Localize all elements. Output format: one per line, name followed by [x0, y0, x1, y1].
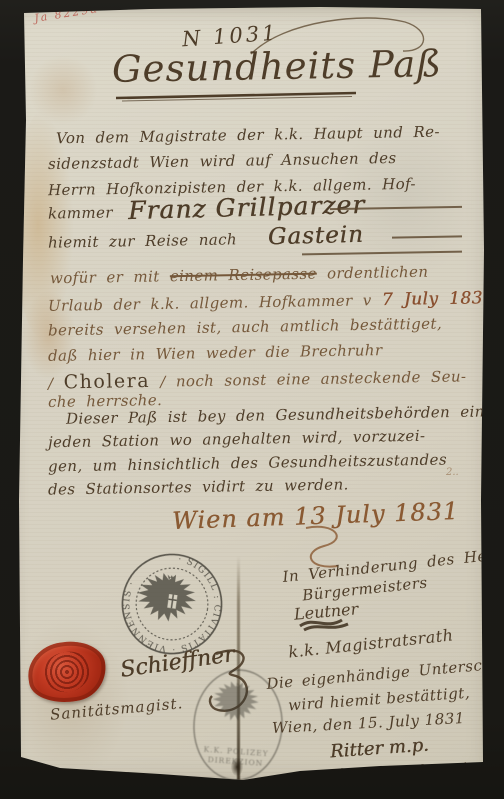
filler-dash: [392, 235, 462, 238]
destination-name: Gastein: [268, 224, 364, 250]
visa-title: k.k. Polizeykommissär.: [340, 760, 500, 781]
photographed-document: Ja 8229a N 1031 Gesundheits Paß Von dem …: [0, 0, 504, 799]
body-line: hiemit zur Reise nach: [48, 232, 237, 250]
body-line: daß hier in Wien weder die Brechruhr: [48, 343, 383, 364]
body-line: Von dem Magistrate der k.k. Haupt und Re…: [56, 125, 440, 147]
body-line: jeden Station wo angehalten wird, vorzuz…: [48, 429, 426, 451]
body-line: Urlaub der k.k. allgem. Hofkammer v 7 Ju…: [48, 290, 494, 315]
body-line: kammer: [48, 205, 113, 221]
p2-l1-end: ordentlichen: [327, 263, 429, 283]
leave-date: 7 July 1831: [382, 288, 494, 310]
visa-signature: Ritter m.p.: [329, 737, 429, 762]
archive-note: Ja 8229a: [34, 3, 100, 24]
filler-dash: [302, 251, 462, 256]
margin-mark: 2..: [446, 468, 459, 478]
body-line: / Cholera / noch sonst eine ansteckende …: [48, 366, 467, 392]
body-line: sidenzstadt Wien wird auf Ansuchen des: [48, 151, 397, 172]
body-line: wofür er mit einem Reisepasse ordentlich…: [50, 265, 429, 287]
body-line: gen, um hinsichtlich des Gesundheitszust…: [48, 453, 447, 475]
eagle-icon: [211, 680, 260, 722]
paper-sheet: Ja 8229a N 1031 Gesundheits Paß Von dem …: [0, 0, 504, 799]
document-title: Gesundheits Paß: [112, 45, 443, 88]
p2-l5-rest: / noch sonst eine ansteckende Seu-: [160, 367, 466, 390]
eagle-icon: [134, 570, 199, 625]
visa-date: Wien, den 15. July 1831: [272, 711, 465, 736]
paper-stain: [28, 55, 98, 125]
wax-seal: [24, 637, 110, 707]
signature-scribble: [296, 612, 356, 636]
p2-l2-text: Urlaub der k.k. allgem. Hofkammer v: [48, 291, 372, 315]
body-line: des Stationsortes vidirt zu werden.: [48, 477, 349, 497]
title-underline: [112, 88, 362, 102]
p2-l1-struck-text: einem Reisepasse: [170, 265, 317, 286]
disease-term: Cholera: [63, 370, 150, 394]
p2-l5-open: /: [48, 375, 54, 393]
p2-l1-start: wofür er mit: [50, 267, 160, 287]
body-line: bereits versehen ist, auch amtlich bestä…: [48, 317, 442, 339]
